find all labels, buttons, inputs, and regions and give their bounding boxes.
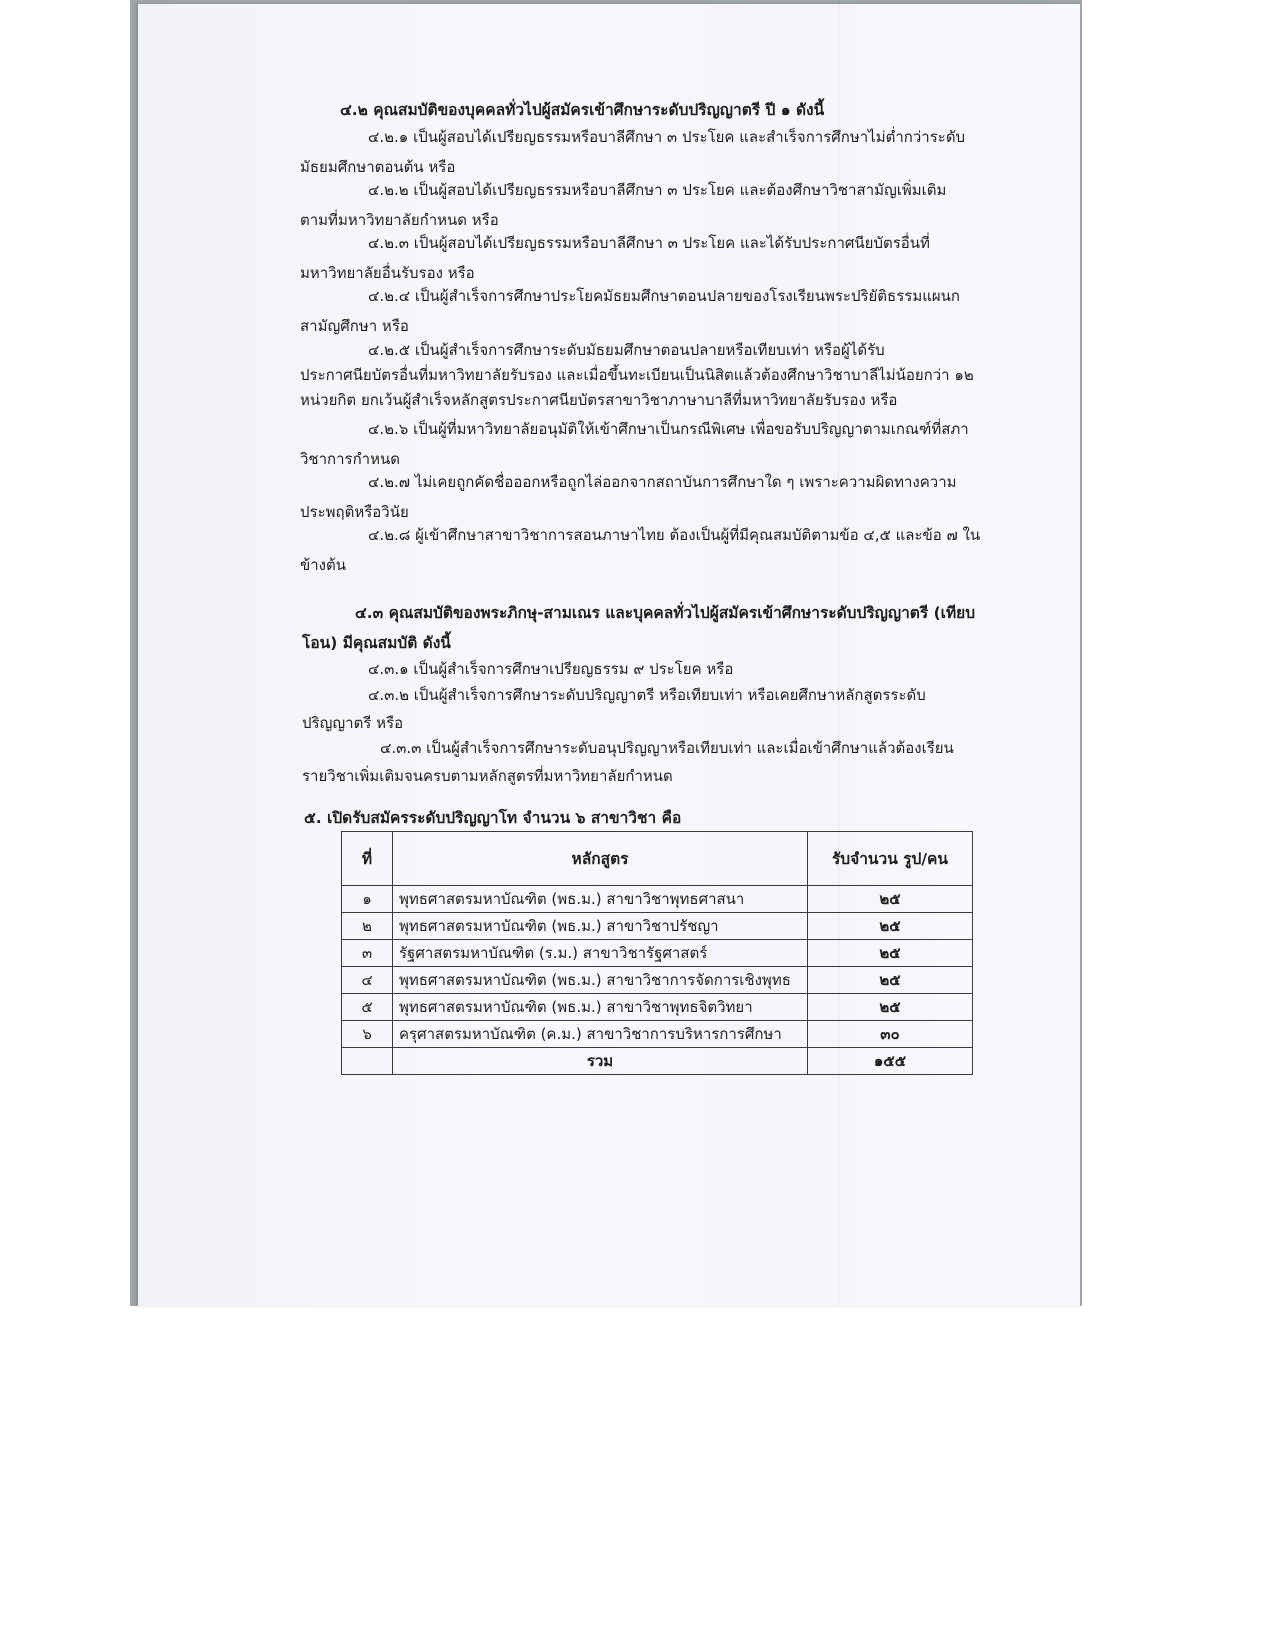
item-4-2-5-line2: ประกาศนียบัตรอื่นที่มหาวิทยาลัยรับรอง แล… <box>300 365 974 385</box>
row-program: พุทธศาสตรมหาบัณฑิต (พธ.ม.) สาขาวิชาการจั… <box>393 967 808 994</box>
item-4-2-8-line2: ข้างต้น <box>300 555 346 575</box>
row-quantity: ๒๕ <box>808 994 973 1021</box>
row-no: ๔ <box>342 967 393 994</box>
total-quantity: ๑๕๕ <box>808 1048 973 1075</box>
table-row: ๒ พุทธศาสตรมหาบัณฑิต (พธ.ม.) สาขาวิชาปรั… <box>342 913 973 940</box>
item-4-2-8-line1: ๔.๒.๘ ผู้เข้าศึกษาสาขาวิชาการสอนภาษาไทย … <box>368 525 980 545</box>
row-program: พุทธศาสตรมหาบัณฑิต (พธ.ม.) สาขาวิชาพุทธจ… <box>393 994 808 1021</box>
row-quantity: ๒๕ <box>808 940 973 967</box>
table-total-row: รวม ๑๕๕ <box>342 1048 973 1075</box>
header-no: ที่ <box>342 832 393 886</box>
row-program: รัฐศาสตรมหาบัณฑิต (ร.ม.) สาขาวิชารัฐศาสต… <box>393 940 808 967</box>
total-label: รวม <box>393 1048 808 1075</box>
item-4-2-5-line1: ๔.๒.๕ เป็นผู้สำเร็จการศึกษาระดับมัธยมศึก… <box>368 340 885 360</box>
table-row: ๑ พุทธศาสตรมหาบัณฑิต (พธ.ม.) สาขาวิชาพุท… <box>342 886 973 913</box>
table-header-row: ที่ หลักสูตร รับจำนวน รูป/คน <box>342 832 973 886</box>
item-4-2-2-line2: ตามที่มหาวิทยาลัยกำหนด หรือ <box>300 210 499 230</box>
row-no: ๓ <box>342 940 393 967</box>
row-quantity: ๒๕ <box>808 913 973 940</box>
item-4-2-1-line2: มัธยมศึกษาตอนต้น หรือ <box>300 157 455 177</box>
row-program: พุทธศาสตรมหาบัณฑิต (พธ.ม.) สาขาวิชาปรัชญ… <box>393 913 808 940</box>
row-no: ๒ <box>342 913 393 940</box>
item-4-2-4-line1: ๔.๒.๔ เป็นผู้สำเร็จการศึกษาประโยคมัธยมศึ… <box>368 286 960 306</box>
row-quantity: ๒๕ <box>808 886 973 913</box>
section-4-3-heading-line2: โอน) มีคุณสมบัติ ดังนี้ <box>302 633 451 653</box>
table-row: ๔ พุทธศาสตรมหาบัณฑิต (พธ.ม.) สาขาวิชาการ… <box>342 967 973 994</box>
header-quantity: รับจำนวน รูป/คน <box>808 832 973 886</box>
row-program: ครุศาสตรมหาบัณฑิต (ค.ม.) สาขาวิชาการบริห… <box>393 1021 808 1048</box>
item-4-2-5-line3: หน่วยกิต ยกเว้นผู้สำเร็จหลักสูตรประกาศนี… <box>300 390 897 410</box>
header-program: หลักสูตร <box>393 832 808 886</box>
item-4-3-3-line1: ๔.๓.๓ เป็นผู้สำเร็จการศึกษาระดับอนุปริญญ… <box>380 738 954 758</box>
item-4-2-1-line1: ๔.๒.๑ เป็นผู้สอบได้เปรียญธรรมหรือบาลีศึก… <box>368 127 965 147</box>
total-no-empty <box>342 1048 393 1075</box>
item-4-2-3-line1: ๔.๒.๓ เป็นผู้สอบได้เปรียญธรรมหรือบาลีศึก… <box>368 233 930 253</box>
row-quantity: ๒๕ <box>808 967 973 994</box>
masters-programs-table: ที่ หลักสูตร รับจำนวน รูป/คน ๑ พุทธศาสตร… <box>341 831 973 1075</box>
item-4-3-2-line2: ปริญญาตรี หรือ <box>302 713 403 733</box>
item-4-2-6-line1: ๔.๒.๖ เป็นผู้ที่มหาวิทยาลัยอนุมัติให้เข้… <box>368 419 969 439</box>
item-4-3-3-line2: รายวิชาเพิ่มเติมจนครบตามหลักสูตรที่มหาวิ… <box>302 766 673 786</box>
section-4-3-heading-line1: ๔.๓ คุณสมบัติของพระภิกษุ-สามเณร และบุคคล… <box>355 603 975 623</box>
item-4-2-7-line2: ประพฤติหรือวินัย <box>300 502 409 522</box>
item-4-2-4-line2: สามัญศึกษา หรือ <box>300 316 409 336</box>
item-4-3-1-line1: ๔.๓.๑ เป็นผู้สำเร็จการศึกษาเปรียญธรรม ๙ … <box>368 659 733 679</box>
row-no: ๕ <box>342 994 393 1021</box>
item-4-2-7-line1: ๔.๒.๗ ไม่เคยถูกคัดชื่อออกหรือถูกไล่ออกจา… <box>368 472 957 492</box>
section-5-heading: ๕. เปิดรับสมัครระดับปริญญาโท จำนวน ๖ สาข… <box>304 808 681 828</box>
item-4-2-2-line1: ๔.๒.๒ เป็นผู้สอบได้เปรียญธรรมหรือบาลีศึก… <box>368 180 946 200</box>
row-quantity: ๓๐ <box>808 1021 973 1048</box>
row-no: ๑ <box>342 886 393 913</box>
section-4-2-heading: ๔.๒ คุณสมบัติของบุคคลทั่วไปผู้สมัครเข้าศ… <box>340 100 824 120</box>
table-row: ๖ ครุศาสตรมหาบัณฑิต (ค.ม.) สาขาวิชาการบร… <box>342 1021 973 1048</box>
item-4-2-3-line2: มหาวิทยาลัยอื่นรับรอง หรือ <box>300 263 475 283</box>
row-no: ๖ <box>342 1021 393 1048</box>
row-program: พุทธศาสตรมหาบัณฑิต (พธ.ม.) สาขาวิชาพุทธศ… <box>393 886 808 913</box>
item-4-3-2-line1: ๔.๓.๒ เป็นผู้สำเร็จการศึกษาระดับปริญญาตร… <box>368 685 926 705</box>
table-row: ๕ พุทธศาสตรมหาบัณฑิต (พธ.ม.) สาขาวิชาพุท… <box>342 994 973 1021</box>
item-4-2-6-line2: วิชาการกำหนด <box>300 449 400 469</box>
table-row: ๓ รัฐศาสตรมหาบัณฑิต (ร.ม.) สาขาวิชารัฐศา… <box>342 940 973 967</box>
